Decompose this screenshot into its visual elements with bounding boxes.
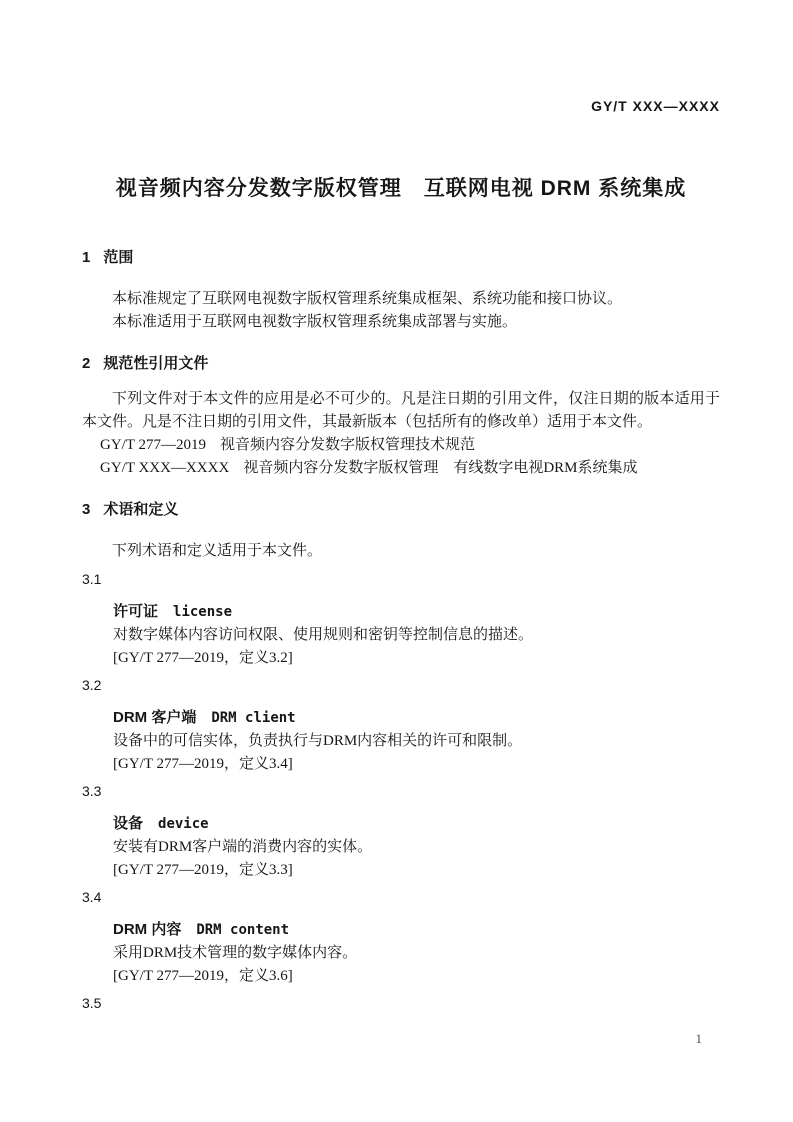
term-source: [GY/T 277—2019，定义3.6] (113, 965, 720, 988)
reference-code: GY/T 277—2019 (100, 437, 206, 453)
term-block-3-3: 3.3 设备device 安装有DRM客户端的消费内容的实体。 [GY/T 27… (82, 780, 720, 882)
page-number: 1 (696, 1031, 703, 1047)
document-title: 视音频内容分发数字版权管理 互联网电视 DRM 系统集成 (82, 175, 720, 203)
term-number: 3.5 (82, 992, 720, 1015)
term-source: [GY/T 277—2019，定义3.3] (113, 859, 720, 882)
term-heading: DRM 客户端DRM client (113, 706, 720, 730)
reference-code: GY/T XXX—XXXX (100, 460, 229, 476)
section-2-title: 规范性引用文件 (103, 355, 208, 372)
term-en: license (173, 604, 232, 620)
term-en: DRM client (211, 710, 295, 726)
term-source: [GY/T 277—2019，定义3.2] (113, 647, 720, 670)
term-number: 3.3 (82, 780, 720, 803)
term-en: device (158, 816, 209, 832)
term-definition: 安装有DRM客户端的消费内容的实体。 (113, 836, 720, 859)
term-en: DRM content (196, 922, 289, 938)
term-block-3-1: 3.1 许可证license 对数字媒体内容访问权限、使用规则和密钥等控制信息的… (82, 568, 720, 670)
term-heading: 许可证license (113, 600, 720, 624)
term-source: [GY/T 277—2019，定义3.4] (113, 753, 720, 776)
references-intro: 下列文件对于本文件的应用是必不可少的。凡是注日期的引用文件，仅注日期的版本适用于… (82, 388, 720, 434)
term-body: DRM 客户端DRM client 设备中的可信实体，负责执行与DRM内容相关的… (82, 706, 720, 776)
section-3-title: 术语和定义 (103, 501, 178, 518)
term-block-3-2: 3.2 DRM 客户端DRM client 设备中的可信实体，负责执行与DRM内… (82, 674, 720, 776)
reference-title: 视音频内容分发数字版权管理 有线数字电视DRM系统集成 (243, 460, 637, 476)
section-1-title: 范围 (103, 249, 133, 266)
section-3-number: 3 (82, 501, 90, 518)
term-number: 3.1 (82, 568, 720, 591)
reference-item: GY/T 277—2019视音频内容分发数字版权管理技术规范 (82, 434, 720, 457)
term-zh: DRM 客户端 (113, 709, 196, 726)
term-heading: 设备device (113, 812, 720, 836)
scope-paragraph-2: 本标准适用于互联网电视数字版权管理系统集成部署与实施。 (82, 311, 720, 334)
reference-title: 视音频内容分发数字版权管理技术规范 (220, 437, 475, 453)
term-body: 许可证license 对数字媒体内容访问权限、使用规则和密钥等控制信息的描述。 … (82, 600, 720, 670)
document-page: GY/T XXX—XXXX 视音频内容分发数字版权管理 互联网电视 DRM 系统… (0, 0, 793, 1122)
section-2-heading: 2规范性引用文件 (82, 354, 720, 374)
term-body: 设备device 安装有DRM客户端的消费内容的实体。 [GY/T 277—20… (82, 812, 720, 882)
term-heading: DRM 内容DRM content (113, 918, 720, 942)
term-block-3-4: 3.4 DRM 内容DRM content 采用DRM技术管理的数字媒体内容。 … (82, 886, 720, 988)
term-definition: 设备中的可信实体，负责执行与DRM内容相关的许可和限制。 (113, 730, 720, 753)
terms-intro: 下列术语和定义适用于本文件。 (82, 540, 720, 563)
term-zh: DRM 内容 (113, 921, 181, 938)
term-number: 3.4 (82, 886, 720, 909)
section-2-number: 2 (82, 355, 90, 372)
term-zh: 许可证 (113, 603, 158, 620)
section-1-number: 1 (82, 249, 90, 266)
term-zh: 设备 (113, 815, 143, 832)
term-block-3-5: 3.5 (82, 992, 720, 1015)
term-number: 3.2 (82, 674, 720, 697)
reference-item: GY/T XXX—XXXX视音频内容分发数字版权管理 有线数字电视DRM系统集成 (82, 457, 720, 480)
section-1-heading: 1范围 (82, 248, 720, 268)
scope-paragraph-1: 本标准规定了互联网电视数字版权管理系统集成框架、系统功能和接口协议。 (82, 288, 720, 311)
standard-code-header: GY/T XXX—XXXX (82, 97, 720, 115)
term-body: DRM 内容DRM content 采用DRM技术管理的数字媒体内容。 [GY/… (82, 918, 720, 988)
term-definition: 对数字媒体内容访问权限、使用规则和密钥等控制信息的描述。 (113, 624, 720, 647)
section-3-heading: 3术语和定义 (82, 500, 720, 520)
term-definition: 采用DRM技术管理的数字媒体内容。 (113, 942, 720, 965)
